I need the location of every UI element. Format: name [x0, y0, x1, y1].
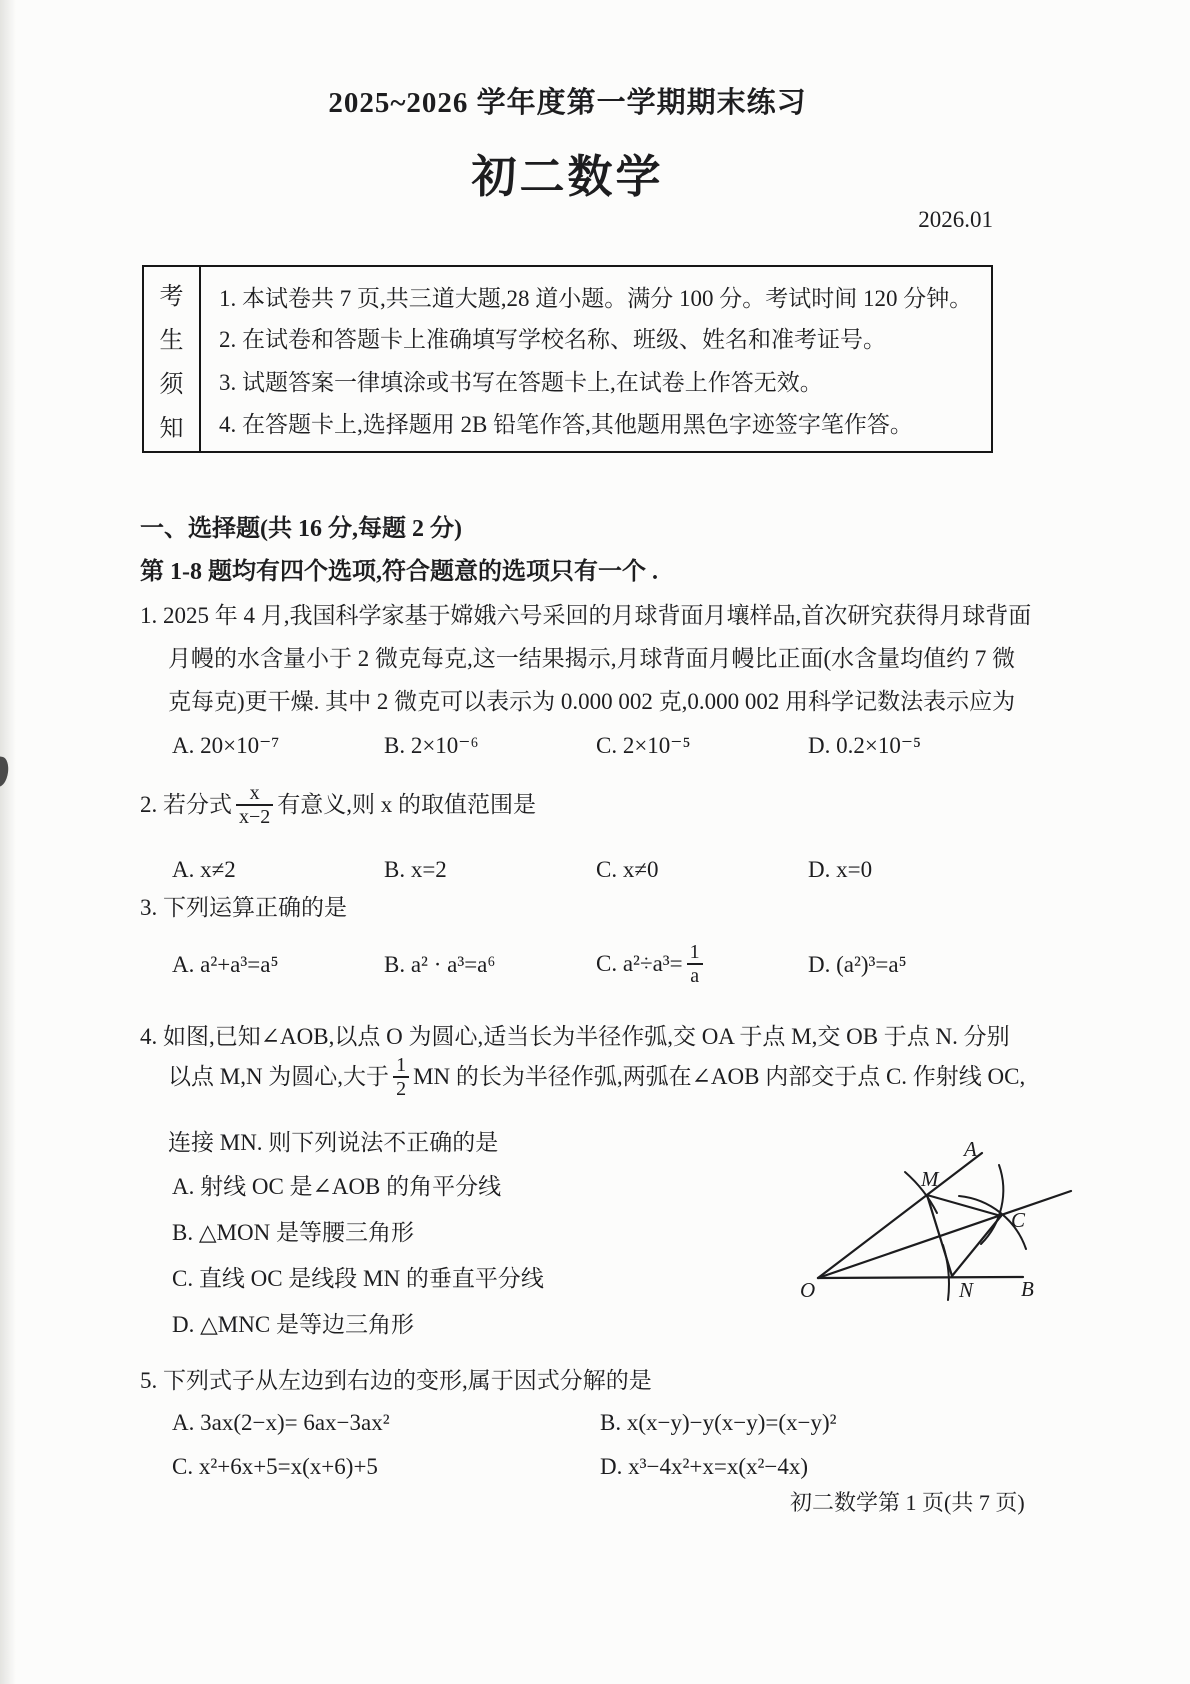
q1-option-b: B. 2×10⁻⁶ [384, 731, 478, 761]
point-label-a: A [962, 1137, 977, 1161]
q3-option-d: D. (a²)³=a⁵ [808, 950, 907, 980]
q1-option-a: A. 20×10⁻⁷ [172, 731, 279, 761]
notice-label-char: 知 [160, 408, 184, 443]
point-label-m: M [920, 1167, 940, 1191]
geometry-figure: O A B M N C [780, 1130, 1090, 1320]
notice-item: 1. 本试卷共 7 页,共三道大题,28 道小题。满分 100 分。考试时间 1… [219, 285, 972, 313]
q1-option-c: C. 2×10⁻⁵ [596, 731, 690, 761]
q5-option-c: C. x²+6x+5=x(x+6)+5 [172, 1452, 378, 1482]
q4-option-c: C. 直线 OC 是线段 MN 的垂直平分线 [172, 1264, 544, 1294]
notice-item: 4. 在答题卡上,选择题用 2B 铅笔作答,其他题用黑色字迹签字笔作答。 [219, 411, 913, 439]
q2-stem: 2. 若分式xx−2有意义,则 x 的取值范围是 [140, 778, 536, 832]
q1-option-d: D. 0.2×10⁻⁵ [808, 731, 921, 761]
q1-stem-line1: 1. 2025 年 4 月,我国科学家基于嫦娥六号采回的月球背面月壤样品,首次研… [140, 601, 1031, 631]
scan-edge-shadow [0, 0, 16, 1684]
notice-label-char: 考 [160, 276, 184, 311]
q5-option-b: B. x(x−y)−y(x−y)=(x−y)² [600, 1408, 837, 1438]
q3-option-b: B. a² · a³=a⁶ [384, 950, 495, 980]
section-note: 第 1-8 题均有四个选项,符合题意的选项只有一个 . [140, 557, 658, 587]
ray-ob [818, 1277, 1023, 1278]
fraction: 1a [687, 941, 703, 988]
q2-option-c: C. x≠0 [596, 855, 658, 885]
notice-item: 2. 在试卷和答题卡上准确填写学校名称、班级、姓名和准考证号。 [219, 326, 886, 354]
q4-stem-line1: 4. 如图,已知∠AOB,以点 O 为圆心,适当长为半径作弧,交 OA 于点 M… [140, 1022, 1010, 1052]
point-label-n: N [958, 1278, 974, 1302]
q5-option-a: A. 3ax(2−x)= 6ax−3ax² [172, 1408, 390, 1438]
point-label-b: B [1021, 1277, 1034, 1301]
segment-nc [952, 1216, 1001, 1276]
notice-label-char: 须 [160, 364, 184, 399]
section-heading: 一、选择题(共 16 分,每题 2 分) [140, 514, 462, 544]
exam-page: 2025~2026 学年度第一学期期末练习 初二数学 2026.01 考 生 须… [0, 0, 1190, 1684]
q3-option-a: A. a²+a³=a⁵ [172, 950, 279, 980]
q3-option-c: C. a²÷a³=1a [596, 936, 707, 992]
exam-date: 2026.01 [142, 207, 993, 233]
q4-option-a: A. 射线 OC 是∠AOB 的角平分线 [172, 1172, 501, 1202]
page-footer: 初二数学第 1 页(共 7 页) [790, 1486, 1025, 1517]
fraction: 12 [393, 1054, 409, 1101]
point-label-o: O [800, 1278, 815, 1302]
q1-stem-line3: 克每克)更干燥. 其中 2 微克可以表示为 0.000 002 克,0.000 … [168, 687, 1015, 717]
ray-oa [818, 1153, 982, 1278]
q1-stem-line2: 月幔的水含量小于 2 微克每克,这一结果揭示,月球背面月幔比正面(水含量均值约 … [168, 644, 1015, 674]
arc-at-c-from-m [981, 1165, 1003, 1244]
q3-stem: 3. 下列运算正确的是 [140, 893, 347, 923]
notice-item: 3. 试题答案一律填涂或书写在答题卡上,在试卷上作答无效。 [219, 369, 823, 397]
q2-option-a: A. x≠2 [172, 855, 236, 885]
q5-stem: 5. 下列式子从左边到右边的变形,属于因式分解的是 [140, 1366, 652, 1396]
q5-option-d: D. x³−4x²+x=x(x²−4x) [600, 1452, 808, 1482]
point-label-c: C [1011, 1208, 1026, 1232]
notice-box: 考 生 须 知 1. 本试卷共 7 页,共三道大题,28 道小题。满分 100 … [142, 265, 993, 453]
q4-option-b: B. △MON 是等腰三角形 [172, 1218, 414, 1248]
q4-option-d: D. △MNC 是等边三角形 [172, 1310, 414, 1340]
ray-oc [818, 1191, 1071, 1278]
notice-label: 考 生 须 知 [144, 267, 201, 451]
notice-label-char: 生 [160, 320, 184, 355]
q2-option-d: D. x=0 [808, 855, 872, 885]
q2-option-b: B. x=2 [384, 855, 447, 885]
notice-items: 1. 本试卷共 7 页,共三道大题,28 道小题。满分 100 分。考试时间 1… [201, 267, 991, 451]
subject-title: 初二数学 [142, 140, 993, 205]
q4-stem-line3: 连接 MN. 则下列说法不正确的是 [168, 1128, 498, 1158]
page-title: 2025~2026 学年度第一学期期末练习 [142, 80, 993, 121]
q4-stem-line2: 以点 M,N 为圆心,大于12MN 的长为半径作弧,两弧在∠AOB 内部交于点 … [168, 1050, 1025, 1104]
fraction: xx−2 [236, 782, 273, 829]
